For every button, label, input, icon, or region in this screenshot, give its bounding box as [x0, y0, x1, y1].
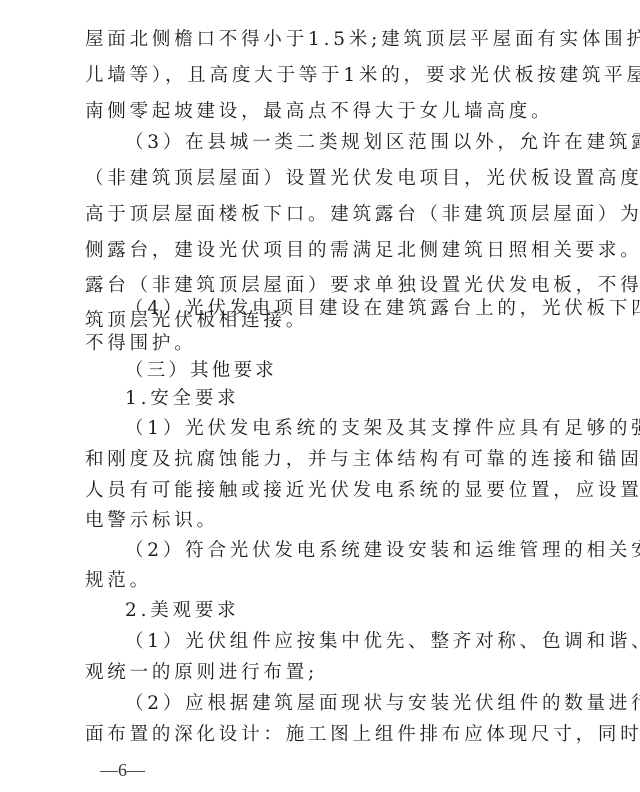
text-line: 和刚度及抗腐蚀能力，并与主体结构有可靠的连接和锚固。在	[85, 445, 565, 475]
text-line: 屋面北侧檐口不得小于1.5米;建筑顶层平屋面有实体围护(女	[85, 25, 565, 55]
paragraph-safety-2-start: （2）符合光伏发电系统建设安装和运维管理的相关安全	[125, 536, 605, 566]
text-line: 电警示标识。	[85, 506, 565, 536]
paragraph-3-start: （3）在县城一类二类规划区范围以外，允许在建筑露台	[125, 128, 605, 158]
paragraph-safety-1-start: （1）光伏发电系统的支架及其支撑件应具有足够的强度	[125, 414, 605, 444]
text-line: 高于顶层屋面楼板下口。建筑露台（非建筑顶层屋面）为非南	[85, 200, 565, 230]
text-line: 观统一的原则进行布置;	[85, 658, 565, 688]
text-line: 侧露台，建设光伏项目的需满足北侧建筑日照相关要求。建筑	[85, 236, 565, 266]
section-heading-other-requirements: （三）其他要求	[125, 356, 605, 386]
text-line: （非建筑顶层屋面）设置光伏发电项目，光伏板设置高度不得	[85, 164, 565, 194]
text-line: 儿墙等），且高度大于等于1米的，要求光伏板按建筑平屋面	[85, 61, 565, 91]
paragraph-aesthetics-2-start: （2）应根据建筑屋面现状与安装光伏组件的数量进行屋	[125, 689, 605, 719]
text-line: 不得围护。	[85, 329, 565, 359]
text-line: 规范。	[85, 566, 565, 596]
paragraph-aesthetics-1-start: （1）光伏组件应按集中优先、整齐对称、色调和谐、美	[125, 627, 605, 657]
page-number: —6—	[100, 758, 145, 782]
paragraph-4-start: （4）光伏发电项目建设在建筑露台上的，光伏板下四周	[125, 294, 605, 324]
subheading-safety: 1.安全要求	[125, 384, 605, 414]
document-page: 屋面北侧檐口不得小于1.5米;建筑顶层平屋面有实体围护(女 儿墙等），且高度大于…	[0, 0, 640, 792]
text-line: 面布置的深化设计：施工图上组件排布应体现尺寸，同时体现	[85, 720, 565, 750]
text-line: 南侧零起坡建设，最高点不得大于女儿墙高度。	[85, 97, 565, 127]
subheading-aesthetics: 2.美观要求	[125, 596, 605, 626]
text-line: 人员有可能接触或接近光伏发电系统的显要位置，应设置防触	[85, 476, 565, 506]
